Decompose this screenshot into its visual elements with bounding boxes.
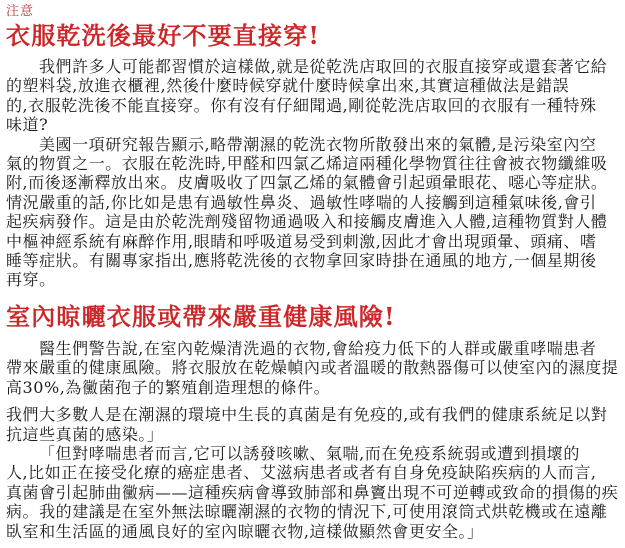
document-page: 注意衣服乾洗後最好不要直接穿!我們許多人可能都習慣於這樣做,就是從乾洗店取回的衣… — [0, 0, 625, 541]
text-line: 帶來嚴重的健康風險。將衣服放在乾燥幀內或者溫暖的散熱器傷可以使室內的濕度提 — [6, 358, 621, 377]
text-line: 再穿。 — [6, 270, 621, 289]
text-line: 附,而後逐漸釋放出來。皮膚吸收了四氯乙烯的氣體會引起頭暈眼花、噁心等症狀。 — [6, 173, 621, 192]
notice-label: 注意 — [6, 3, 621, 20]
text-line: 睡等症狀。有關專家指出,應將乾洗後的衣物拿回家時掛在通風的地方,一個星期後 — [6, 251, 621, 270]
text-line: 我們大多數人是在潮濕的環境中生長的真菌是有免疫的,或有我們的健康系統足以對 — [6, 405, 621, 424]
paragraph: 我們許多人可能都習慣於這樣做,就是從乾洗店取回的衣服直接穿或還套著它給的塑料袋,… — [6, 57, 621, 135]
text-line: 真菌會引起肺曲黴病——這種疾病會導致肺部和鼻竇出現不可逆轉或致命的損傷的疾 — [6, 483, 621, 502]
text-line: 味道? — [6, 115, 621, 134]
text-line: 我們許多人可能都習慣於這樣做,就是從乾洗店取回的衣服直接穿或還套著它給 — [6, 57, 621, 76]
text-line: 「但對哮喘患者而言,它可以誘發咳嗽、氣喘,而在免疫系統弱或遭到損壞的 — [6, 444, 621, 463]
text-line: 病。我的建議是在室外無法晾曬潮濕的衣物的情況下,可使用滾筒式烘乾機或在遠離 — [6, 502, 621, 521]
paragraph: 醫生們警告說,在室內乾燥清洗過的衣物,會給疫力低下的人群或嚴重哮喘患者帶來嚴重的… — [6, 339, 621, 397]
text-line: 醫生們警告說,在室內乾燥清洗過的衣物,會給疫力低下的人群或嚴重哮喘患者 — [6, 339, 621, 358]
section-heading: 室內晾曬衣服或帶來嚴重健康風險! — [6, 303, 621, 331]
paragraph: 美國一項研究報告顯示,略帶潮濕的乾洗衣物所散發出來的氣體,是污染室內空氣的物質之… — [6, 135, 621, 290]
text-line: 的,衣服乾洗後不能直接穿。你有沒有仔細聞過,剛從乾洗店取回的衣服有一種特殊 — [6, 96, 621, 115]
text-line: 抗這些真菌的感染。」 — [6, 425, 621, 444]
section-heading: 衣服乾洗後最好不要直接穿! — [6, 22, 621, 50]
article-body: 注意衣服乾洗後最好不要直接穿!我們許多人可能都習慣於這樣做,就是從乾洗店取回的衣… — [6, 3, 621, 541]
text-line: 美國一項研究報告顯示,略帶潮濕的乾洗衣物所散發出來的氣體,是污染室內空 — [6, 135, 621, 154]
text-line: 高30%,為黴菌孢子的繁殖創造理想的條件。 — [6, 378, 621, 397]
text-line: 情況嚴重的話,你比如是患有過敏性鼻炎、過敏性哮喘的人接觸到這種氣味後,會引 — [6, 193, 621, 212]
text-line: 的塑料袋,放進衣櫃裡,然後什麼時候穿就什麼時候拿出來,其實這種做法是錯誤 — [6, 76, 621, 95]
text-line: 中樞神經系統有麻醉作用,眼睛和呼吸道易受到刺激,因此才會出現頭暈、頭痛、嗜 — [6, 232, 621, 251]
text-line: 人,比如正在接受化療的癌症患者、艾滋病患者或者有自身免疫缺陷疾病的人而言, — [6, 463, 621, 482]
text-line: 臥室和生活區的通風良好的室內晾曬衣物,這樣做顯然會更安全。」 — [6, 522, 621, 541]
paragraph: 我們大多數人是在潮濕的環境中生長的真菌是有免疫的,或有我們的健康系統足以對抗這些… — [6, 405, 621, 444]
paragraph: 「但對哮喘患者而言,它可以誘發咳嗽、氣喘,而在免疫系統弱或遭到損壞的人,比如正在… — [6, 444, 621, 541]
text-line: 起疾病發作。這是由於乾洗劑殘留物通過吸入和接觸皮膚進入人體,這種物質對人體 — [6, 212, 621, 231]
text-line: 氣的物質之一。衣服在乾洗時,甲醛和四氯乙烯這兩種化學物質往往會被衣物纖維吸 — [6, 154, 621, 173]
